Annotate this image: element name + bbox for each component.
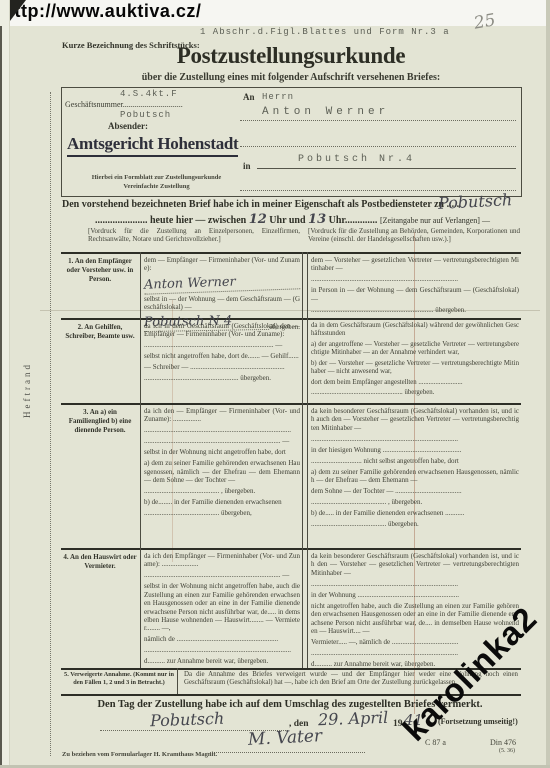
form-line: ............................. nicht selb… <box>311 457 519 465</box>
form-line: da ich den — Empfänger — Firmeninhaber (… <box>144 407 300 424</box>
signature-handwritten: M. Vater <box>248 726 323 750</box>
binding-margin-label: Heftrand <box>22 298 32 418</box>
form-line: dort dem beim Empfänger angestellten ...… <box>311 379 519 387</box>
recipient-name-dotted-line <box>240 107 516 121</box>
addressee-salutation-typed: Herrn <box>262 92 294 102</box>
declaration-uhr-und: Uhr und <box>269 215 305 226</box>
place-underline <box>257 155 516 169</box>
form-line: ........................................… <box>311 306 519 314</box>
declaration-line1: Den vorstehend bezeichneten Brief habe i… <box>62 199 462 210</box>
table-rule-row2 <box>61 403 521 405</box>
label-column-divider <box>140 252 141 668</box>
section1-right-cell: dem — Vorsteher — gesetzlichen Vertreter… <box>311 256 519 316</box>
form-margin-dotted-line <box>50 92 51 756</box>
section4-label: 4. An den Hauswirt oder Vermieter. <box>63 553 137 571</box>
auction-site-watermark: http://www.auktiva.cz/ <box>3 1 201 22</box>
form-line: dem Sohne — der Tochter — ..............… <box>311 487 519 495</box>
center-column-divider <box>302 252 308 668</box>
declaration-time-note: [Zeitangabe nur auf Verlangen] — <box>380 216 490 225</box>
declaration-line2-tail: Uhr............. <box>329 215 378 226</box>
addressee-an-label: An <box>243 92 255 102</box>
form-line: selbst in der Wohnung nicht angetroffen … <box>144 448 300 456</box>
recipient-name-handwritten: Anton Werner <box>144 273 300 295</box>
form-line: ........................................… <box>311 389 519 397</box>
form-line: b) de........ in der Familie dienenden e… <box>144 498 300 506</box>
section3-left-cell: da ich den — Empfänger — Firmeninhaber (… <box>144 407 300 546</box>
form-line: b) der — Vorsteher — gesetzliche Vertret… <box>311 360 519 376</box>
form-line: da kein besonderer Geschäftsraum (Geschä… <box>311 552 519 577</box>
in-label: in <box>243 161 251 171</box>
case-office-typed: Pobutsch <box>120 110 171 120</box>
section3-label: 3. An a) ein Familienglied b) eine diene… <box>63 408 137 434</box>
sender-label: Absender: <box>108 121 148 131</box>
form-line: a) dem zu seiner Familie gehörenden erwa… <box>144 459 300 484</box>
declaration-line2: ..................... heute hier — zwisc… <box>95 212 525 227</box>
form-line: dem — Empfänger — Firmeninhaber (Vor- un… <box>144 256 300 273</box>
din-reference: Din 476 <box>490 738 516 747</box>
form-line: in der hiesigen Wohnung ................… <box>311 446 519 454</box>
form-line: b) de..... in der Familie dienenden erwa… <box>311 509 519 517</box>
section5-label: 5. Verweigerte Annahme. (Kommt nur in de… <box>63 671 175 687</box>
form-line: ........................................… <box>311 275 519 283</box>
form-line: ........................................… <box>311 520 519 528</box>
form-line: ........................................… <box>144 509 300 517</box>
form-line: ........................................… <box>144 374 300 382</box>
scanned-document-page: http://www.auktiva.cz/ 25 Heftrand Kurze… <box>0 0 550 768</box>
form-line: nämlich de .............................… <box>144 635 300 643</box>
form-line: da ich in dem Geschäftsraum (Geschäftslo… <box>144 322 300 339</box>
section3-right-cell: da kein besonderer Geschäftsraum (Geschä… <box>311 407 519 546</box>
section2-left-cell: da ich in dem Geschäftsraum (Geschäftslo… <box>144 322 300 401</box>
form-line: dem — Vorsteher — gesetzlichen Vertreter… <box>311 256 519 273</box>
section4-left-cell: da ich den Empfänger — Firmeninhaber (Vo… <box>144 552 300 666</box>
section1-left-cell: dem — Empfänger — Firmeninhaber (Vor- un… <box>144 256 300 316</box>
footer-place-handwritten: Pobutsch <box>150 709 225 731</box>
declaration-line2-lead: ..................... heute hier — zwisc… <box>95 215 246 226</box>
din-reference-small: (5. 36) <box>499 748 515 754</box>
form-line: in der Wohnung .........................… <box>311 591 519 599</box>
form-line: d.......... zur Annahme bereit war, über… <box>144 657 300 665</box>
scan-right-edge <box>546 0 550 768</box>
section2-right-cell: da in dem Geschäftsraum (Geschäftslokal)… <box>311 322 519 401</box>
form-line: a) dem zu seiner Familie gehörenden erwa… <box>311 468 519 485</box>
section1-label: 1. An den Empfänger oder Vorsteher usw. … <box>63 257 137 283</box>
form-line: in Person in — der Wohnung — dem Geschäf… <box>311 286 519 303</box>
form-line: da kein besonderer Geschäftsraum (Geschä… <box>311 407 519 432</box>
form-line: selbst in — der Wohnung — dem Geschäftsr… <box>144 295 300 312</box>
form-line: ........................................… <box>144 487 300 495</box>
form-line: da in dem Geschäftsraum (Geschäftslokal)… <box>311 322 519 338</box>
form-line: ........................................… <box>144 437 300 445</box>
scan-left-edge-shadow <box>0 26 2 768</box>
section2-label: 2. An Gehilfen, Schreiber, Beamte usw. <box>63 323 137 341</box>
address-dotted-line-3 <box>240 177 516 191</box>
sender-court-stamp: Amtsgericht Hohenstadt <box>67 134 238 157</box>
form-subtitle: über die Zustellung eines mit folgender … <box>91 72 491 83</box>
form-line: — Schreiber — ..........................… <box>144 363 300 371</box>
enclosure-note-line1: Hierbei ein Formblatt zur Zustellungsurk… <box>64 174 249 181</box>
case-number-typed: 4.S.4kt.F <box>120 89 178 99</box>
declaration-place-handwritten: Pobutsch <box>438 190 513 213</box>
column-note-right: [Vordruck für die Zustellung an Behörden… <box>308 227 520 244</box>
form-line: ........................................… <box>144 341 300 349</box>
case-number-label: Geschäftsnummer.........................… <box>65 100 183 109</box>
column-note-left: [Vordruck für die Zustellung an Einzelpe… <box>88 227 300 244</box>
form-line: ........................................… <box>144 646 300 654</box>
form-line: ........................................… <box>144 426 300 434</box>
table-rule-row3 <box>61 548 521 550</box>
table-rule-top <box>61 252 521 254</box>
section5-label-divider <box>177 668 178 694</box>
form-title: Postzustellungsurkunde <box>91 43 491 69</box>
form-line: selbst in der Wohnung nicht angetroffen … <box>144 582 300 632</box>
publisher-imprint: Zu beziehen vom Formularlager H. Kramtha… <box>62 751 217 758</box>
form-line: ........................................… <box>311 498 519 506</box>
form-line: selbst nicht angetroffen habe, dort de..… <box>144 352 300 360</box>
form-line: da ich den Empfänger — Firmeninhaber (Vo… <box>144 552 300 569</box>
date-handwritten: 29. April <box>318 708 389 729</box>
enclosure-note-line2: Vereinfachte Zustellung <box>64 183 249 190</box>
form-line: ........................................… <box>311 580 519 588</box>
hour-from-handwritten: 12 <box>249 212 267 227</box>
form-line: ........................................… <box>144 571 300 579</box>
hour-to-handwritten: 13 <box>308 212 326 227</box>
form-line: ........................................… <box>311 435 519 443</box>
pencil-annotation: 25 <box>472 10 497 33</box>
form-line: a) der angetroffene — Vorsteher — gesetz… <box>311 341 519 357</box>
short-description-typed-value: 1 Abschr.d.Figl.Blattes und Form Nr.3 a <box>200 27 450 37</box>
address-dotted-line-2 <box>240 133 516 147</box>
